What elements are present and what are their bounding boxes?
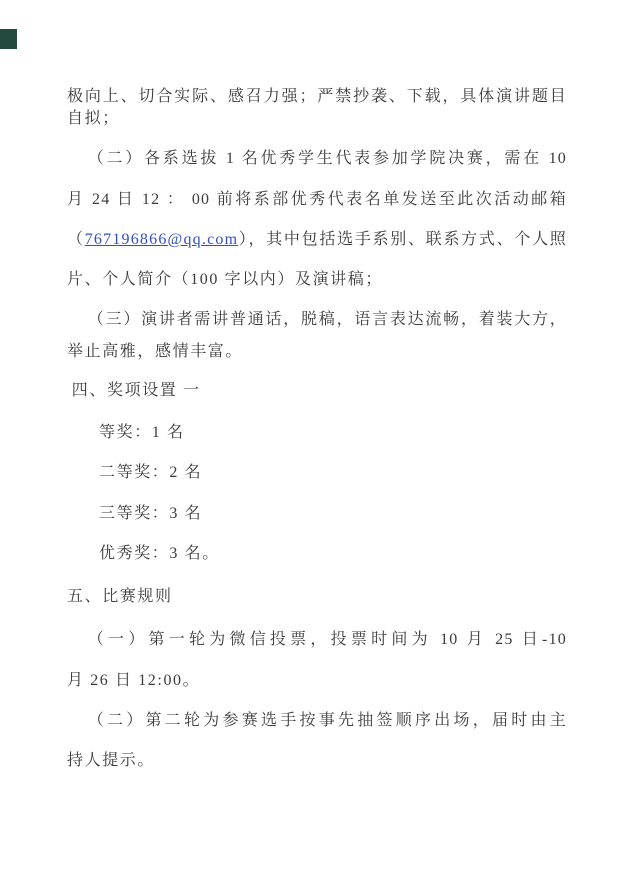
- text-line: （二）各系选拔 1 名优秀学生代表参加学院决赛，需在 10: [67, 149, 567, 168]
- text-line: 月 26 日 12:00。: [67, 671, 567, 690]
- text-run: 片、个人简介（100 字以内）及演讲稿；: [67, 271, 383, 288]
- text-line: 举止高雅，感情丰富。: [67, 342, 567, 361]
- text-line: 优秀奖：3 名。: [67, 544, 567, 563]
- text-run: 自拟；: [67, 110, 120, 127]
- text-run: ），其中包括选手系别、联系方式、个人照: [238, 231, 567, 248]
- text-line: （三）演讲者需讲普通话，脱稿，语言表达流畅，着装大方，: [67, 310, 567, 329]
- text-run: （二）各系选拔 1 名优秀学生代表参加学院决赛，需在 10: [88, 150, 567, 167]
- document-page: 极向上、切合实际、感召力强；严禁抄袭、下载，具体演讲题目自拟；（二）各系选拔 1…: [0, 0, 630, 887]
- text-line: 持人提示。: [67, 751, 567, 770]
- text-line: 二等奖：2 名: [67, 463, 567, 482]
- text-line: （一）第一轮为微信投票，投票时间为 10 月 25 日-10: [67, 630, 567, 649]
- text-run: 月 26 日 12:00。: [67, 672, 200, 689]
- text-run: （三）演讲者需讲普通话，脱稿，语言表达流畅，着装大方，: [88, 311, 567, 328]
- text-line: （二）第二轮为参赛选手按事先抽签顺序出场，届时由主: [67, 711, 567, 730]
- text-line: 四、奖项设置 一: [67, 381, 567, 400]
- text-run: 等奖：1 名: [99, 424, 185, 441]
- text-line: 五、比赛规则: [67, 587, 567, 606]
- text-line: 自拟；: [67, 109, 567, 128]
- text-run: 举止高雅，感情丰富。: [67, 343, 243, 360]
- text-line: 三等奖：3 名: [67, 504, 567, 523]
- email-link[interactable]: 767196866@qq.com: [85, 231, 238, 248]
- text-line: （767196866@qq.com），其中包括选手系别、联系方式、个人照: [67, 230, 567, 249]
- text-run: （: [67, 231, 85, 248]
- document-lines: 极向上、切合实际、感召力强；严禁抄袭、下载，具体演讲题目自拟；（二）各系选拔 1…: [0, 0, 630, 887]
- text-run: 五、比赛规则: [67, 588, 173, 605]
- text-run: 月 24 日 12 ： 00 前将系部优秀代表名单发送至此次活动邮箱: [67, 191, 567, 208]
- text-run: 二等奖：2 名: [99, 464, 202, 481]
- text-run: 四、奖项设置 一: [72, 382, 201, 399]
- text-run: 优秀奖：3 名。: [99, 545, 220, 562]
- text-run: 三等奖：3 名: [99, 505, 202, 522]
- text-run: （二）第二轮为参赛选手按事先抽签顺序出场，届时由主: [88, 712, 567, 729]
- text-run: 持人提示。: [67, 752, 155, 769]
- text-line: 月 24 日 12 ： 00 前将系部优秀代表名单发送至此次活动邮箱: [67, 190, 567, 209]
- text-line: 等奖：1 名: [67, 423, 567, 442]
- text-run: （一）第一轮为微信投票，投票时间为 10 月 25 日-10: [88, 631, 567, 648]
- text-line: 极向上、切合实际、感召力强；严禁抄袭、下载，具体演讲题目: [67, 87, 567, 106]
- text-line: 片、个人简介（100 字以内）及演讲稿；: [67, 270, 567, 289]
- text-run: 极向上、切合实际、感召力强；严禁抄袭、下载，具体演讲题目: [67, 88, 567, 105]
